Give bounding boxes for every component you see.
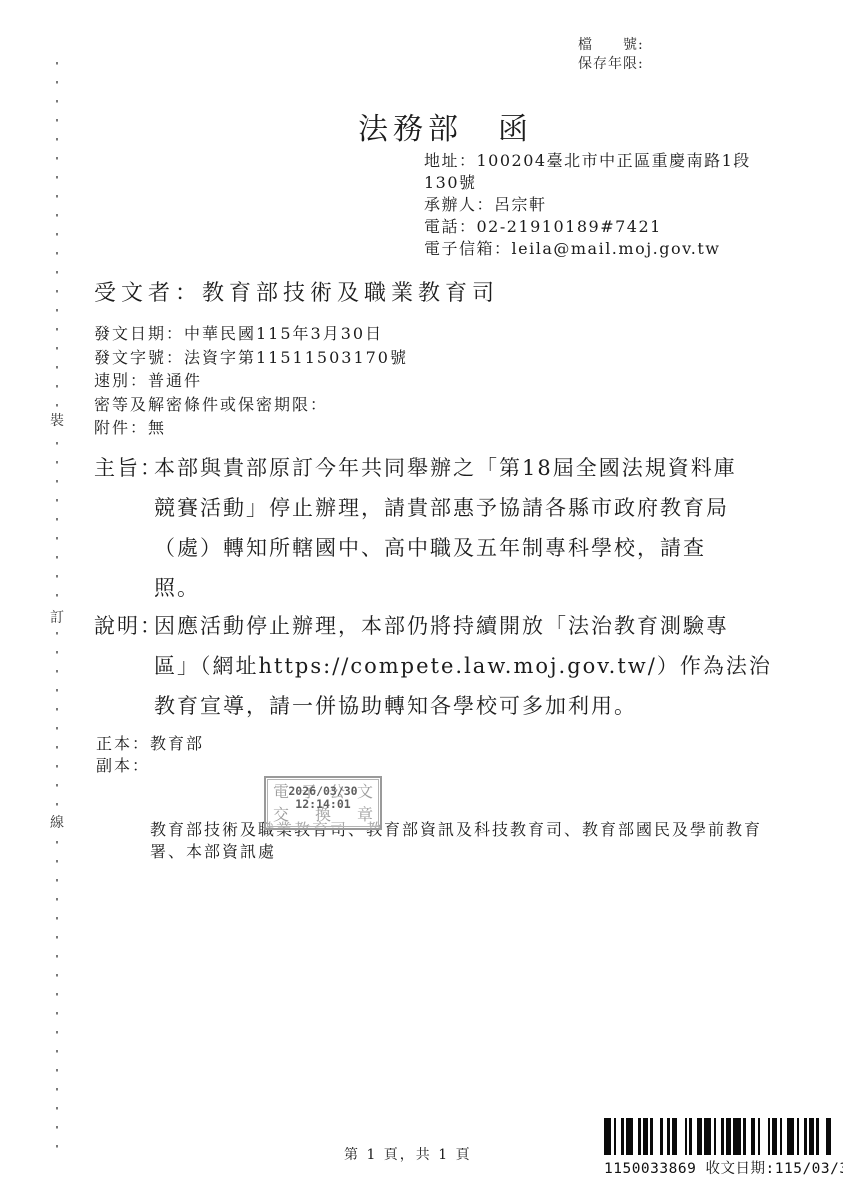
explanation-label: 說明： bbox=[94, 606, 163, 646]
barcode-gap bbox=[760, 1118, 767, 1155]
cc-copy-line: 副本： 教育部技術及職業教育司、教育部資訊及科技教育司、教育部國民及學前教育 署… bbox=[96, 755, 762, 906]
binding-dotted-line bbox=[56, 62, 58, 1150]
recipient-line: 受文者：教育部技術及職業教育司 bbox=[94, 276, 499, 307]
copies-block: 正本：教育部 副本： 教育部技術及職業教育司、教育部資訊及科技教育司、教育部國民… bbox=[96, 733, 762, 905]
barcode-bar bbox=[626, 1118, 633, 1155]
binding-mark-xian: 線 bbox=[48, 813, 66, 833]
subject-text: 本部與貴部原訂今年共同舉辦之「第18屆全國法規資料庫 競賽活動」停止辦理，請貴部… bbox=[154, 448, 737, 608]
subject-label: 主旨： bbox=[94, 448, 163, 488]
stamp-datetime: 2026/03/30 12:14:01 bbox=[266, 785, 380, 811]
cc-label: 副本： bbox=[96, 755, 150, 777]
cc-text: 教育部技術及職業教育司、教育部資訊及科技教育司、教育部國民及學前教育 署、本部資… bbox=[150, 819, 762, 862]
explanation-text: 因應活動停止辦理，本部仍將持續開放「法治教育測驗專 區」（網址https://c… bbox=[154, 606, 772, 726]
original-copy-line: 正本：教育部 bbox=[96, 733, 762, 755]
barcode-gap bbox=[819, 1118, 826, 1155]
barcode-gap bbox=[677, 1118, 684, 1155]
barcode-bar bbox=[787, 1118, 794, 1155]
barcode-bar bbox=[604, 1118, 611, 1155]
electronic-exchange-stamp: 電子公文 交換章 2026/03/30 12:14:01 bbox=[264, 776, 382, 830]
barcode-gap bbox=[831, 1118, 836, 1155]
stamp-time-line: 12:14:01 bbox=[266, 798, 380, 811]
binding-mark-ding: 訂 bbox=[48, 608, 66, 628]
barcode-caption: 1150033869 收文日期:115/03/30 bbox=[604, 1157, 836, 1178]
official-letter-page: 裝 訂 線 檔 號: 保存年限: 法務部 函 地址：100204臺北市中正區重慶… bbox=[0, 0, 843, 1200]
document-title: 法務部 函 bbox=[358, 104, 533, 148]
barcode-gap bbox=[653, 1118, 660, 1155]
barcode-icon bbox=[604, 1118, 836, 1155]
page-number: 第 1 頁，共 1 頁 bbox=[344, 1144, 472, 1164]
intake-barcode-block: 1150033869 收文日期:115/03/30 bbox=[604, 1118, 836, 1178]
sender-contact-block: 地址：100204臺北市中正區重慶南路1段 130號 承辦人：呂宗軒 電話：02… bbox=[424, 150, 751, 260]
barcode-bar bbox=[733, 1118, 740, 1155]
explanation-paragraph: 說明： 因應活動停止辦理，本部仍將持續開放「法治教育測驗專 區」（網址https… bbox=[94, 606, 772, 726]
barcode-bar bbox=[704, 1118, 711, 1155]
subject-paragraph: 主旨： 本部與貴部原訂今年共同舉辦之「第18屆全國法規資料庫 競賽活動」停止辦理… bbox=[94, 448, 737, 608]
archive-number-labels: 檔 號: 保存年限: bbox=[578, 36, 644, 74]
binding-mark-zhuang: 裝 bbox=[48, 411, 66, 431]
document-meta-block: 發文日期：中華民國115年3月30日 發文字號：法資字第11511503170號… bbox=[94, 322, 408, 440]
